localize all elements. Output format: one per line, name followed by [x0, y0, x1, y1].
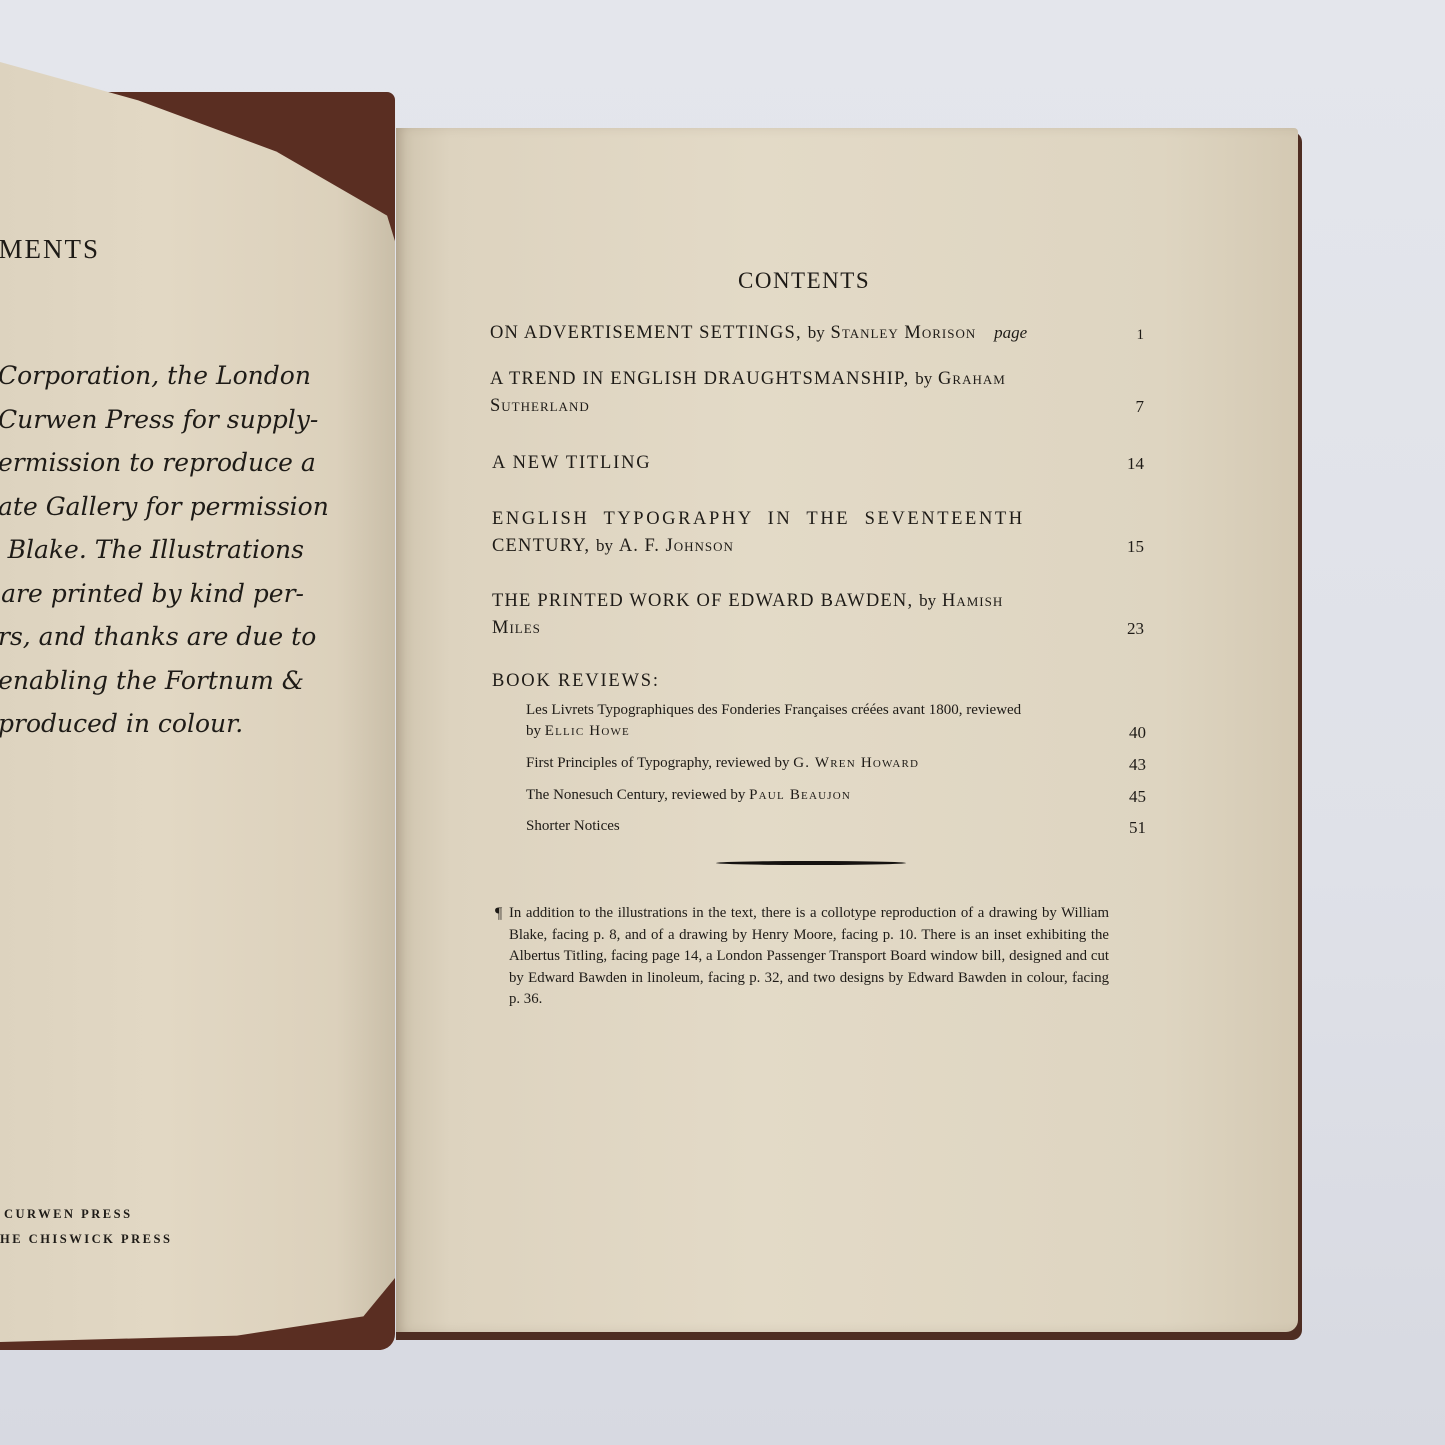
entry-page: 1 [1137, 327, 1145, 344]
entry-title: A NEW TITLING [492, 453, 651, 473]
ack-line: ermission to reproduce a [0, 441, 318, 485]
contents-title: CONTENTS [738, 268, 870, 294]
entry-by: by [919, 591, 936, 610]
review-entry: Les Livrets Typographiques des Fonderies… [526, 700, 1146, 742]
ack-line: enabling the Fortnum & [0, 659, 318, 703]
toc-entry: THE PRINTED WORK OF EDWARD BAWDEN, by Ha… [492, 591, 1146, 639]
toc-entry: ENGLISH TYPOGRAPHY IN THE SEVENTEENTH CE… [492, 509, 1146, 557]
page-label: page [994, 323, 1027, 342]
entry-title: THE PRINTED WORK OF EDWARD BAWDEN, [492, 591, 913, 611]
reviewer-name: G. Wren Howard [793, 755, 919, 771]
review-text: First Principles of Typography, reviewed… [526, 755, 790, 771]
review-text: by [526, 723, 541, 739]
entry-title: ENGLISH TYPOGRAPHY IN THE SEVENTEENTH [492, 509, 1146, 530]
entry-title: CENTURY, [492, 536, 590, 556]
entry-author: Hamish [942, 591, 1003, 611]
reviewer-name: Ellic Howe [545, 723, 630, 739]
swelled-rule-divider [716, 861, 906, 865]
entry-title: ON ADVERTISEMENT SETTINGS, [490, 323, 802, 343]
entry-author: Sutherland [490, 396, 590, 416]
entry-title: A TREND IN ENGLISH DRAUGHTSMANSHIP, [490, 369, 909, 389]
ack-line: Corporation, the London [0, 354, 318, 398]
review-page: 51 [1129, 817, 1146, 838]
photo-scene: EMENTS Corporation, the London Curwen Pr… [0, 0, 1445, 1445]
entry-page: 14 [1127, 454, 1144, 474]
entry-author: A. F. Johnson [619, 536, 734, 556]
printer-imprint: CURWEN PRESS HE CHISWICK PRESS [0, 1202, 172, 1252]
toc-entry: A NEW TITLING 14 [492, 453, 1146, 474]
left-page: EMENTS Corporation, the London Curwen Pr… [0, 62, 395, 1342]
ack-line: Curwen Press for supply- [0, 398, 318, 442]
toc-entry: ON ADVERTISEMENT SETTINGS, by Stanley Mo… [490, 323, 1144, 344]
review-text: Shorter Notices [526, 818, 620, 834]
entry-by: by [915, 369, 932, 388]
review-entry: The Nonesuch Century, reviewed by Paul B… [526, 785, 1146, 806]
entry-by: by [808, 323, 825, 342]
ack-line: Blake. The Illustrations [0, 528, 318, 572]
entry-page: 7 [1136, 397, 1145, 417]
review-entry: Shorter Notices 51 [526, 816, 1146, 837]
acknowledgements-body: Corporation, the London Curwen Press for… [0, 354, 318, 746]
imprint-line: CURWEN PRESS [0, 1202, 172, 1227]
ack-line: produced in colour. [0, 702, 318, 746]
review-entry: First Principles of Typography, reviewed… [526, 753, 1146, 774]
review-page: 45 [1129, 786, 1146, 807]
book-reviews-heading: BOOK REVIEWS: [492, 671, 660, 692]
imprint-line: HE CHISWICK PRESS [0, 1227, 172, 1252]
toc-entry: A TREND IN ENGLISH DRAUGHTSMANSHIP, by G… [490, 369, 1144, 417]
acknowledgements-heading: EMENTS [0, 234, 100, 265]
review-text: The Nonesuch Century, reviewed by [526, 787, 745, 803]
entry-by: by [596, 536, 613, 555]
entry-page: 23 [1127, 619, 1144, 639]
right-page-contents: CONTENTS ON ADVERTISEMENT SETTINGS, by S… [396, 128, 1298, 1332]
entry-author: Miles [492, 618, 541, 638]
entry-author: Stanley Morison [831, 323, 977, 343]
entry-page: 15 [1127, 537, 1144, 557]
ack-line: are printed by kind per- [0, 572, 318, 616]
illustrations-note: ¶ In addition to the illustrations in th… [509, 903, 1109, 1011]
ack-line: ate Gallery for permission [0, 485, 318, 529]
review-page: 40 [1129, 722, 1146, 743]
review-text: Les Livrets Typographiques des Fonderies… [526, 700, 1146, 721]
pilcrow-icon: ¶ [495, 903, 502, 925]
reviewer-name: Paul Beaujon [749, 787, 851, 803]
review-page: 43 [1129, 754, 1146, 775]
ack-line: rs, and thanks are due to [0, 615, 318, 659]
entry-author: Graham [938, 369, 1006, 389]
note-text: In addition to the illustrations in the … [509, 905, 1109, 1007]
